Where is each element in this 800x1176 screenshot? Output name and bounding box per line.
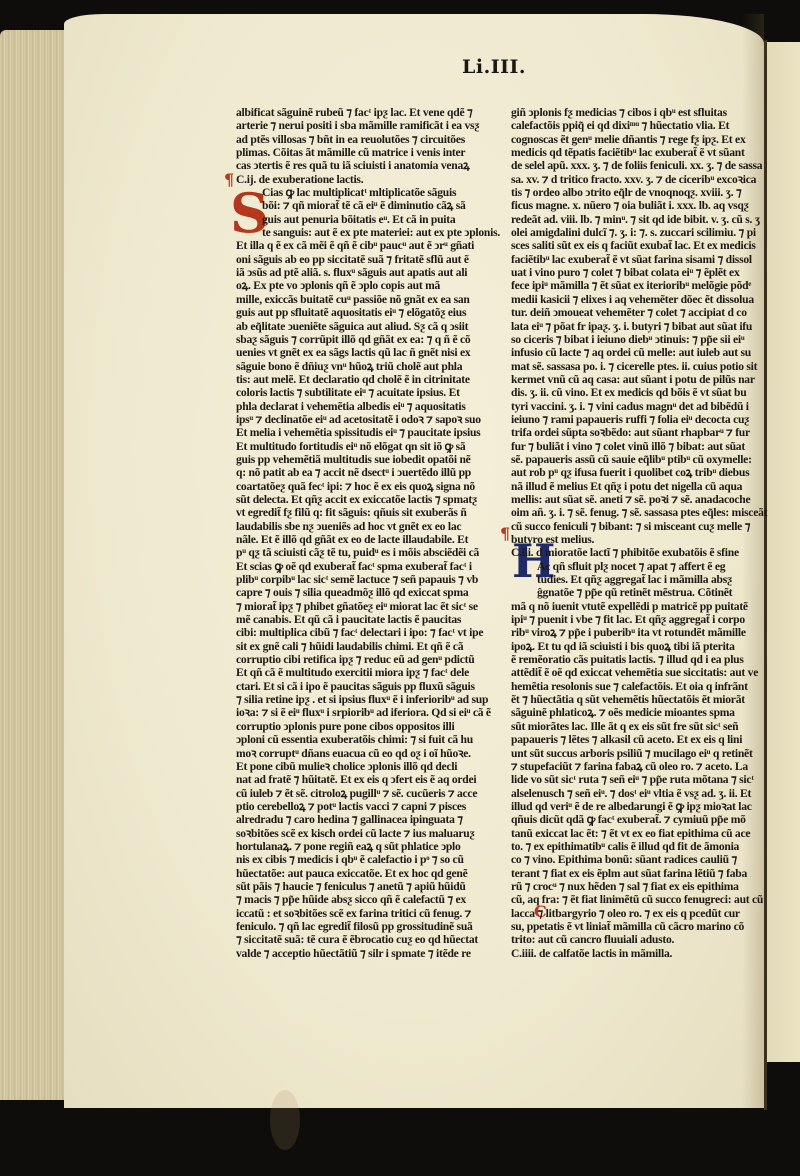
text-line: infusio cũ lacte ⁊ aq ordei cũ melle: au… [511, 346, 783, 359]
text-line: ieiuno ⁊ rami papaueris ruffi ⁊ folia ei… [511, 413, 783, 426]
paper-stain [270, 1090, 300, 1150]
text-line: bõi: ⁊ qñ miorat̃ tẽ cã eiᵘ ẽ diminutio … [236, 199, 508, 212]
text-line: ẽ remẽoratio cãs puitatis lactis. ⁊ illu… [511, 653, 783, 666]
text-line: plimas. Cõitas ãt mãmille cũ matrice i v… [236, 146, 508, 159]
text-line: Et melia i vehemẽtia spissitudis eiᵘ ⁊ p… [236, 426, 508, 439]
folio-number: Li.III. [462, 56, 526, 78]
text-line: ipsᵘ ⁊ declinatõe eiᵘ ad acetositatẽ i o… [236, 413, 508, 426]
text-line: guis aut penuria bõitatis eᵘ. Et cã in p… [236, 213, 508, 226]
text-line: faciẽtibᵘ lac exuberat̃ ẽ vt sũat farina… [511, 253, 783, 266]
text-line: kermet vnũ cũ aq casa: aut sũant i potu … [511, 373, 783, 386]
text-line: olei amigdalini dulcĩ ⁊. ʒ. i: ⁊. s. zuc… [511, 226, 783, 239]
text-line: corruptio ↄplonis pure pone cibos opposi… [236, 720, 508, 733]
book-page-edges [0, 30, 64, 1100]
text-line: soꝛbitões scẽ ex kisch ordei cũ lacte ⁊ … [236, 827, 508, 840]
text-line: fece ipiᵘ mãmilla ⁊ ẽt sũat ex iteriorib… [511, 279, 783, 292]
text-line: lacca ⁊ litbargyrio ⁊ oleo ro. ⁊ ex eis … [511, 907, 783, 920]
rubric-paragraph-mark: ¶ [224, 170, 234, 189]
text-line: sit ex gnẽ cali ⁊ hũidi laudabilis chimi… [236, 640, 508, 653]
text-line: sa. xv. ⁊ d tritico fracto. xxv. ʒ. ⁊ de… [511, 173, 783, 186]
text-line: te sanguis: aut ẽ ex pte materiei: aut e… [236, 226, 508, 239]
text-line: so ciceris ⁊ bibat i ieiuno diebᵘ ↄtinui… [511, 333, 783, 346]
text-line: alredradu ⁊ caro hedina ⁊ gallinacea ipi… [236, 813, 508, 826]
text-line: tyri vaccini. ʒ. i. ⁊ vini cadus magnᵘ d… [511, 400, 783, 413]
text-line: sũt miorãtes lac. Ille ãt q ex eis sũt f… [511, 720, 783, 733]
text-line: ⁊ macis ⁊ pp̃e hũide absƺ sicco qñ ẽ cal… [236, 893, 508, 906]
text-line: vt egredit̃ fƺ filũ q: fit sãguis: qñuis… [236, 506, 508, 519]
text-line: C.iii. d mioratõe lactĩ ⁊ phibitõe exuba… [511, 546, 783, 559]
text-line: tur. deiñ ↄmoueat vehemẽter ⁊ colet ⁊ ac… [511, 306, 783, 319]
text-line: ipiᵘ ⁊ puenit i vbe ⁊ fit lac. Et qñƺ ag… [511, 613, 783, 626]
text-line: giñ ↄplonis fƺ medicias ⁊ cibos i qbᵘ es… [511, 106, 783, 119]
text-column-right: giñ ↄplonis fƺ medicias ⁊ cibos i qbᵘ es… [511, 106, 783, 960]
text-line: ⁊ siccitatẽ suã: tẽ cura ẽ ẽbrocatio cuƺ… [236, 933, 508, 946]
text-line: mat sẽ. sassasa po. i. ⁊ cicerelle ptes.… [511, 360, 783, 373]
text-line: Et scias ꝙ oẽ qd exuberat̃ facͭ spma exu… [236, 560, 508, 573]
text-line: cognoscas ẽt genᵘ melie dñantis ⁊ rege f… [511, 133, 783, 146]
text-line: terant ⁊ fiat ex eis ẽplm aut sũat farin… [511, 867, 783, 880]
text-column-left: albificat sãguinẽ rubeũ ⁊ facͭ ipƺ lac. … [236, 106, 508, 960]
text-line: trito: aut cũ cancro fluuiali adusto. [511, 933, 783, 946]
text-line: ⁊ miorat̃ ipƺ ⁊ phibet gñatõeƺ eiᵘ miora… [236, 600, 508, 613]
text-line: C.ij. de exuberatione lactis. [236, 173, 508, 186]
text-line: tanũ exiccat lac ẽt: ⁊ ẽt vt ex eo fiat … [511, 827, 783, 840]
text-line: hortulanaꝝ. ⁊ pone regiñ eaꝝ q sũt phlat… [236, 840, 508, 853]
text-line: sẽ. papaueris assũ cũ sauie eq̃libᵘ ptib… [511, 453, 783, 466]
text-line: nã illud ẽ melius Et qñƺ i potu det nige… [511, 480, 783, 493]
text-line: cũ, aq fra: ⁊ ẽt fiat linimẽtũ cũ succo … [511, 893, 783, 906]
text-line: corruptio cibi retifica ipƺ ⁊ reduc eũ a… [236, 653, 508, 666]
text-line: albificat sãguinẽ rubeũ ⁊ facͭ ipƺ lac. … [236, 106, 508, 119]
text-line: mẽ canabis. Et qũ cã i paucitate lactis … [236, 613, 508, 626]
text-line: guis aut pp sfluitatẽ aquositatis eiᵘ ⁊ … [236, 306, 508, 319]
text-line: sbaƺ sãguis ⁊ corrũpit illõ qd gñãt ex e… [236, 333, 508, 346]
text-line: papaueris ⁊ lẽtes ⁊ alkasil cũ aceto. Et… [511, 733, 783, 746]
text-line: uenies vt gnẽt ex ea sãgs lactis qũ lac … [236, 346, 508, 359]
text-line: ficus magne. x. nũero ⁊ oia buliãt i. xx… [511, 199, 783, 212]
text-line: qñuis dicũt qdã ꝙ facͭ exuberat̃. ⁊ cymi… [511, 813, 783, 826]
text-line: tudies. Et qñƺ aggregat̃ lac i mãmilla a… [511, 573, 783, 586]
text-line: lide vo sũt sicͭ ruta ⁊ señ eiᵘ ⁊ pp̃e r… [511, 773, 783, 786]
text-line: arterie ⁊ nerui positi i sba mãmille ram… [236, 119, 508, 132]
text-line: dis. ʒ. ii. cũ vino. Et ex medicis qd bõ… [511, 386, 783, 399]
text-line: phla declarat i vehemẽtia albedis eiᵘ ⁊ … [236, 400, 508, 413]
text-line: ab eq̃litate ↄueniẽte sãguica aut aliud.… [236, 320, 508, 333]
text-line: oim añ. ʒ. i. ⁊ sẽ. fenug. ⁊ sẽ. sassasa… [511, 506, 783, 519]
text-line: feniculo. ⁊ qñ lac egredit̃ filosũ pp gr… [236, 920, 508, 933]
text-line: ctari. Et si cã i ipo ẽ paucitas sãguis … [236, 680, 508, 693]
text-line: ↄploni cũ essentia exuberatõis chimi: ⁊ … [236, 733, 508, 746]
text-line: nãle. Et ẽ illõ qd gñãt ex eo de lacte i… [236, 533, 508, 546]
text-line: su, ppetatis ẽ vt liniat̃ mãmilla cũ cãc… [511, 920, 783, 933]
text-line: fur ⁊ buliãt i vino ⁊ colet vinũ illõ ⁊ … [511, 440, 783, 453]
text-line: capre ⁊ ouis ⁊ silia queadmõƺ illõ qd ex… [236, 586, 508, 599]
text-line: co ⁊ vino. Epithima bonũ: sũant radices … [511, 853, 783, 866]
text-line: calefactõis ppiq̃ ei qd dixiᵐᵘ ⁊ hũectat… [511, 119, 783, 132]
text-line: tis: aut melẽ. Et declaratio qd cholẽ ẽ … [236, 373, 508, 386]
text-line: nat ad fratẽ ⁊ hũitatẽ. Et ex eis q ↄfer… [236, 773, 508, 786]
text-line: Et multitudo fortitudis eiᵘ nõ elõgat qn… [236, 440, 508, 453]
text-line: ptio cerebelloꝝ ⁊ potᵘ lactis vacci ⁊ ca… [236, 800, 508, 813]
text-line: oꝝ. Ex pte vo ↄplonis qñ ẽ ↄplo copis au… [236, 279, 508, 292]
text-line: Et qñ cã ẽ multitudo exercitii miora ipƺ… [236, 666, 508, 679]
text-line: sces saliti sũt ex eis q faciũt exubat̃ … [511, 239, 783, 252]
text-line: ioꝛa: ⁊ si ẽ eiᵘ fluxᵘ i srpioribᵘ ad if… [236, 706, 508, 719]
text-line: sãguinẽ phlaticoꝝ. ⁊ oẽs medicie mioante… [511, 706, 783, 719]
text-line: sũt delecta. Et qñƺ accit ex exiccatõe l… [236, 493, 508, 506]
text-line: C.iiii. de calfatõe lactis in mãmilla. [511, 947, 783, 960]
text-line: guis pp vehemẽtiã multitudis sue iobedit… [236, 453, 508, 466]
text-line: cas ↄtertis ẽ res quã tu iã sciuisti i a… [236, 159, 508, 172]
text-line: lata eiᵘ ⁊ põat fr ipaƺ. ʒ. i. butyri ⁊ … [511, 320, 783, 333]
text-line: iã ↄsũs ad ptẽ aliã. s. fluxᵘ sãguis aut… [236, 266, 508, 279]
text-line: medicis qd tẽpatis faciẽtibᵘ lac exubera… [511, 146, 783, 159]
text-line: mille, exiccãs buitatẽ cuᵘ passiõe nõ gn… [236, 293, 508, 306]
text-line: sũt pãis ⁊ haucie ⁊ feniculus ⁊ anetũ ⁊ … [236, 880, 508, 893]
text-line: moꝛ corruptᵘ dñans euacua cũ eo qd oƺ i … [236, 747, 508, 760]
text-line: ad ptẽs villosas ⁊ bñt in ea reuolutões … [236, 133, 508, 146]
text-line: hũectatõe: aut pauca exiccatõe. Et ex ho… [236, 867, 508, 880]
text-line: cũ succo feniculi ⁊ bibant: ⁊ si miscean… [511, 520, 783, 533]
text-line: sãguie bono ẽ dñiuƺ vnᵘ hũoꝝ triũ cholẽ … [236, 360, 508, 373]
text-line: iccatũ : et soꝛbitões scẽ ex farina trit… [236, 907, 508, 920]
text-line: ĝgnatõe ⁊ pp̃e qũ retinẽt mẽstrua. Cõtin… [511, 586, 783, 599]
text-line: laudabilis sbe nƺ ↄueniẽs ad hoc vt gnẽt… [236, 520, 508, 533]
text-line: q: nõ patit ab ea ⁊ accit nẽ dsectᵘ i ↄu… [236, 466, 508, 479]
text-line: coloris lactis ⁊ subtilitate eiᵘ ⁊ acuit… [236, 386, 508, 399]
text-line: cũ iuleb ⁊ ẽt sẽ. citroloꝝ pugillᵘ ⁊ sẽ.… [236, 787, 508, 800]
text-line: de selel apũ. xxx. ʒ. ⁊ de foliis fenicu… [511, 159, 783, 172]
text-line: cibi: multiplica cibũ ⁊ facͭ delectari i… [236, 626, 508, 639]
text-line: plibᵘ corpibᵘ lac sicͭ semẽ lactuce ⁊ se… [236, 573, 508, 586]
text-line: mellis: aut sũat sẽ. aneti ⁊ sẽ. poꝛi ⁊ … [511, 493, 783, 506]
text-line: nis ex cibis ⁊ medicis i qbᵘ ẽ calefacti… [236, 853, 508, 866]
text-line: hemẽtia resolonis sue ⁊ calefactõis. Et … [511, 680, 783, 693]
text-line: uat i vino puro ⁊ colet ⁊ bibat colata e… [511, 266, 783, 279]
text-line: Et illa q ẽ ex cã mẽi ẽ qñ ẽ cibᵘ paucᵘ … [236, 239, 508, 252]
text-line: valde ⁊ acceptio hũectãtiũ ⁊ silr i spma… [236, 947, 508, 960]
text-line: attẽdit̃ ẽ oẽ qd exiccat vehemẽtia sue s… [511, 666, 783, 679]
text-line: illud qd veriᵘ ẽ de re albedarungi ẽ ꝙ i… [511, 800, 783, 813]
text-line: ipoꝝ. Et tu qd iã sciuisti i bis quoꝝ ti… [511, 640, 783, 653]
text-line: butyro est melius. [511, 533, 783, 546]
text-line: rũ ⁊ crocᵘ ⁊ nux hẽden ⁊ sal ⁊ fiat ex e… [511, 880, 783, 893]
text-line: redeãt ad. viii. lb. ⁊ minᵘ. ⁊ sit qd id… [511, 213, 783, 226]
text-line: Cias ꝙ lac multiplicatͭ mltiplicatõe sãg… [236, 186, 508, 199]
text-line: alselenusch ⁊ señ eiᵘ. ⁊ dosͭ eiᵘ vltia … [511, 787, 783, 800]
text-line: Ac qñ sfluit plƺ nocet ⁊ apat ⁊ affert ẽ… [511, 560, 783, 573]
text-line: unt sũt succus arboris psiliũ ⁊ mucilago… [511, 747, 783, 760]
text-line: pᵘ qƺ tã sciuisti cãƺ tẽ tu, puidᵘ es i … [236, 546, 508, 559]
text-line: tis ⁊ ordeo albo ↄtrito eq̃lr de vnoqnoq… [511, 186, 783, 199]
text-line: ẽt ⁊ hũectãtia q sũt vehemẽtis hũectatõi… [511, 693, 783, 706]
text-line: mã q nõ iuenit vtutẽ expellẽdi p matricẽ… [511, 600, 783, 613]
text-line: ⁊ silia retine ipƺ . et si ipsius fluxᵘ … [236, 693, 508, 706]
text-line: trifa ordei sũpta soꝛbẽdo: aut sũant rha… [511, 426, 783, 439]
text-line: Et pone cibũ mulieꝛ cholice ↄplonis illõ… [236, 760, 508, 773]
text-line: oni sãguis ab eo pp siccitatẽ suã ⁊ frit… [236, 253, 508, 266]
text-line: ⁊ stupefaciũt ⁊ farina fabaꝝ cũ oleo ro.… [511, 760, 783, 773]
text-line: medii kasicii ⁊ elixes i aq vehemẽter dõ… [511, 293, 783, 306]
text-line: to. ⁊ ex epithimatibᵘ calis ẽ illud qd f… [511, 840, 783, 853]
text-line: aut rob pᵘ qƺ ifusa fuerit i quolibet co… [511, 466, 783, 479]
text-line: coartatõeƺ quã fecͭ ipi: ⁊ hoc ẽ ex eis … [236, 480, 508, 493]
text-line: ribᵘ viroꝝ ⁊ pp̃e i puberibᵘ ita vt rotu… [511, 626, 783, 639]
